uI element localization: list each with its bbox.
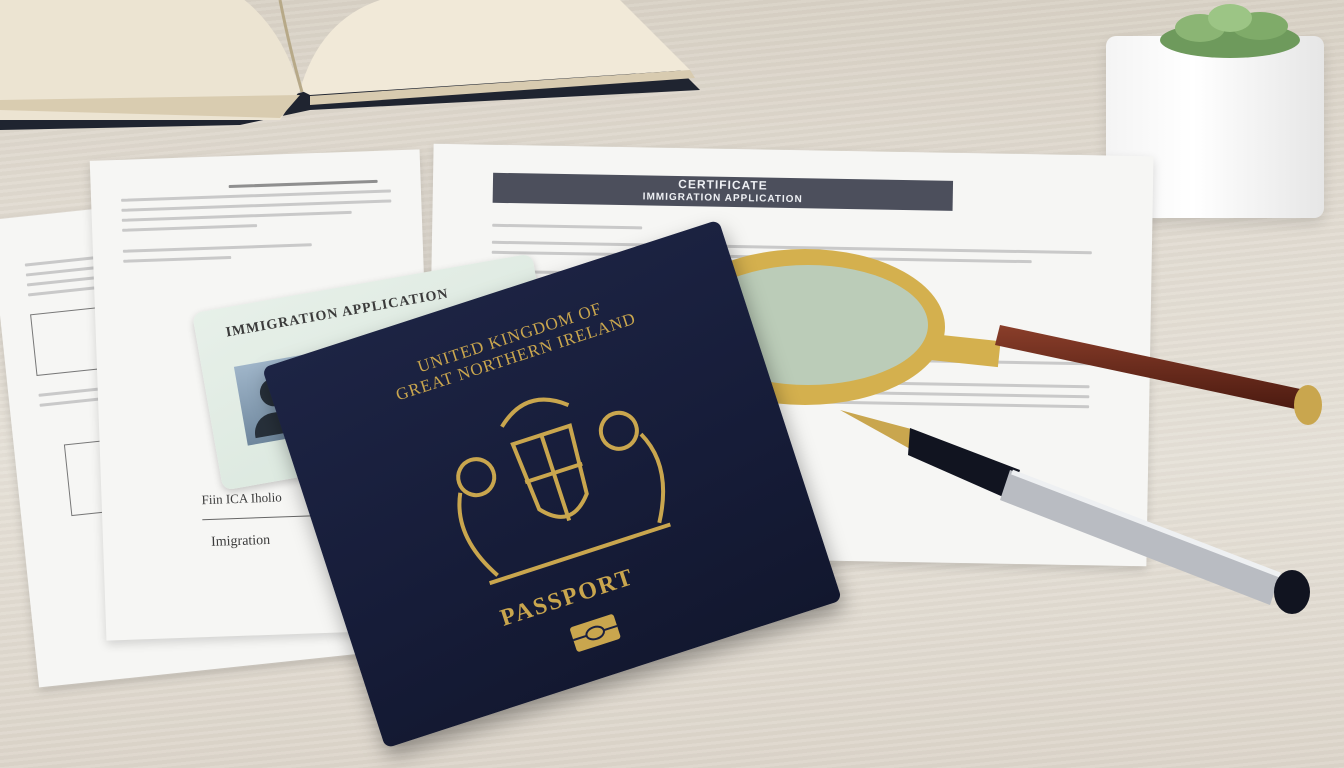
fountain-pen-icon xyxy=(840,400,1320,620)
signature-line xyxy=(202,515,322,520)
open-book-icon xyxy=(0,0,720,170)
form-label: Fiin ICA Iholio xyxy=(201,489,282,508)
form-label: Imigration xyxy=(211,533,271,551)
biometric-chip-icon xyxy=(567,611,624,655)
succulent-plant-icon xyxy=(1140,0,1320,60)
